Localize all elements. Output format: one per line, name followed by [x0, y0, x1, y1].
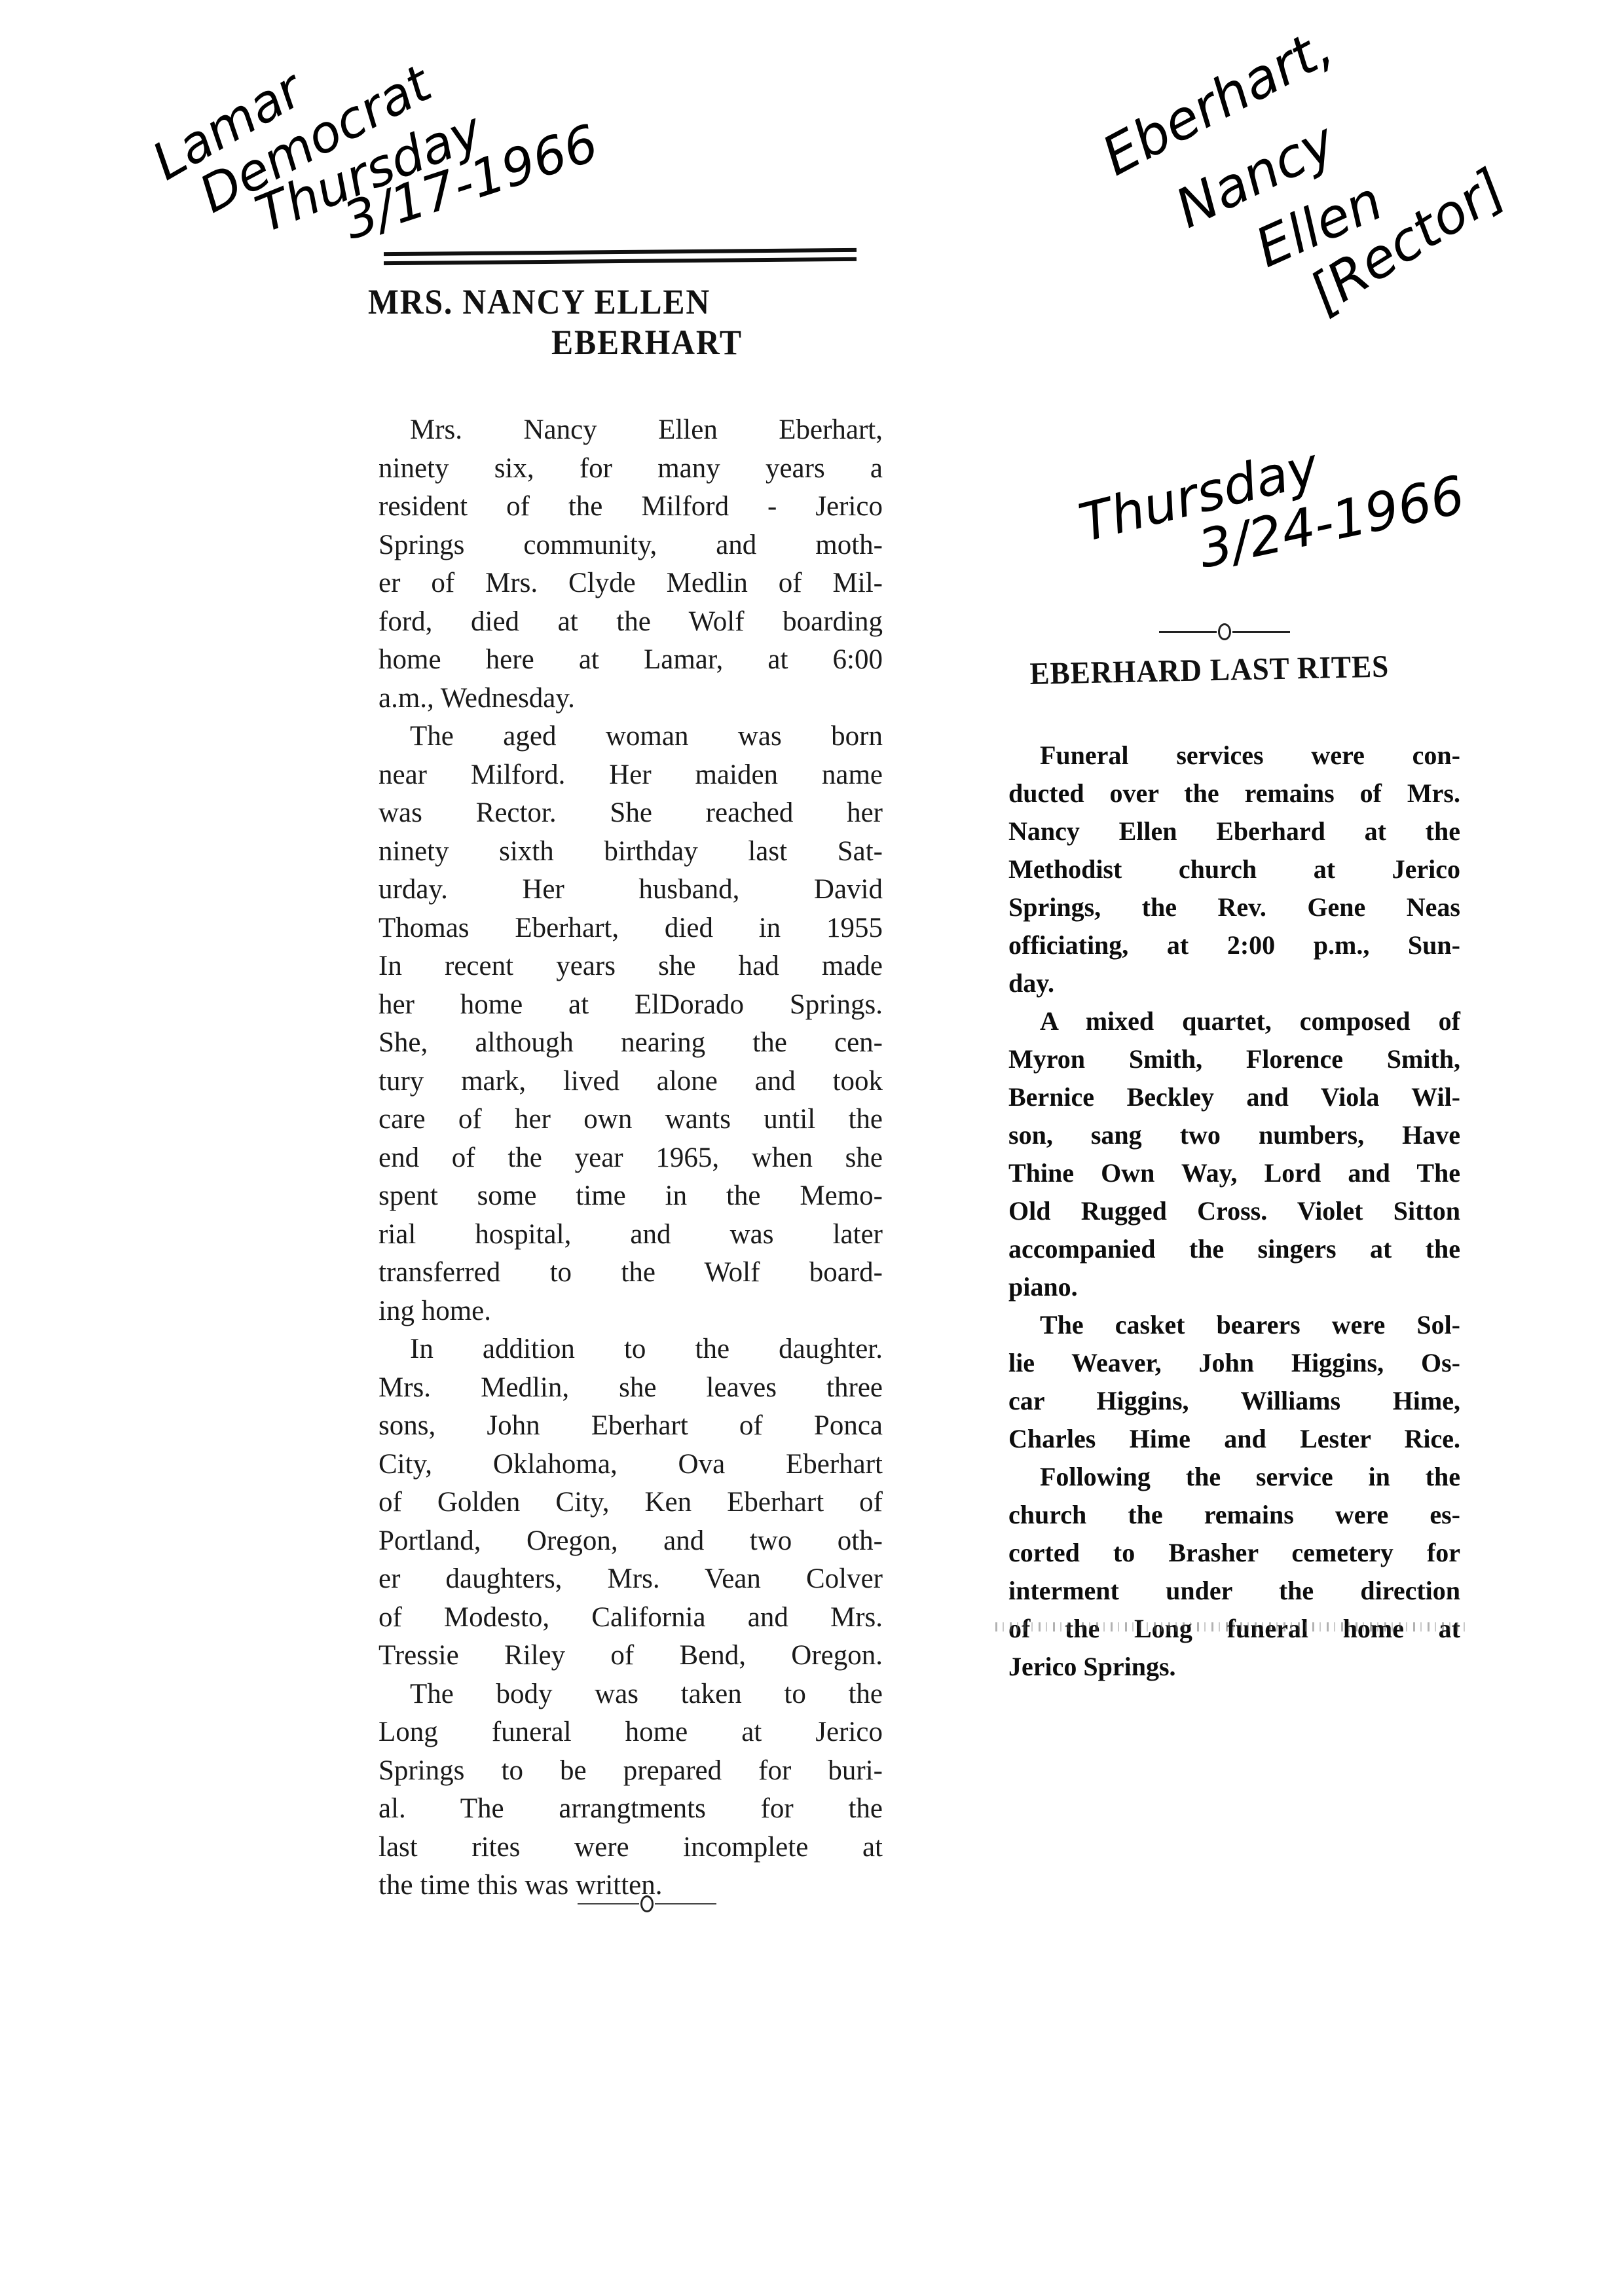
- text-line: urday. Her husband, David: [378, 871, 883, 909]
- text-line: resident of the Milford - Jerico: [378, 488, 883, 526]
- text-line: accompanied the singers at the: [1008, 1230, 1460, 1268]
- divider-bar: [578, 1903, 639, 1904]
- text-line: lie Weaver, John Higgins, Os-: [1008, 1344, 1460, 1382]
- text-line: Springs, the Rev. Gene Neas: [1008, 888, 1460, 926]
- text-line: day.: [1008, 964, 1460, 1002]
- text-line: Portland, Oregon, and two oth-: [378, 1522, 883, 1561]
- text-line: er daughters, Mrs. Vean Colver: [378, 1560, 883, 1599]
- divider-bar: [1159, 631, 1217, 633]
- text-line: piano.: [1008, 1268, 1460, 1306]
- text-line: Methodist church at Jerico: [1008, 850, 1460, 888]
- divider-bar: [655, 1903, 716, 1904]
- text-line: corted to Brasher cemetery for: [1008, 1534, 1460, 1572]
- handwritten-name-note: Eberhart, Nancy Ellen [Rector]: [1113, 26, 1572, 327]
- section-divider: [1159, 623, 1290, 640]
- divider-circle-icon: [640, 1895, 654, 1912]
- handwritten-source-note: Lamar Democrat Thursday 3/17-1966: [157, 39, 616, 255]
- article1-headline-line2: EBERHART: [551, 322, 743, 363]
- text-line: her home at ElDorado Springs.: [378, 986, 883, 1025]
- text-line: Springs community, and moth-: [378, 526, 883, 565]
- text-line: ing home.: [378, 1292, 883, 1331]
- text-line: sons, John Eberhart of Ponca: [378, 1407, 883, 1446]
- text-line: tury mark, lived alone and took: [378, 1063, 883, 1101]
- text-line: Long funeral home at Jerico: [378, 1713, 883, 1752]
- text-line: Bernice Beckley and Viola Wil-: [1008, 1078, 1460, 1116]
- clipping-edge-noise: [995, 1622, 1467, 1631]
- text-line: al. The arrangtments for the: [378, 1790, 883, 1829]
- text-line: home here at Lamar, at 6:00: [378, 641, 883, 680]
- text-line: City, Oklahoma, Ova Eberhart: [378, 1446, 883, 1484]
- text-line: a.m., Wednesday.: [378, 680, 883, 718]
- text-line: er of Mrs. Clyde Medlin of Mil-: [378, 564, 883, 603]
- text-line: The body was taken to the: [378, 1675, 883, 1714]
- text-line: In addition to the daughter.: [378, 1330, 883, 1369]
- text-line: Thine Own Way, Lord and The: [1008, 1154, 1460, 1192]
- text-line: A mixed quartet, composed of: [1008, 1002, 1460, 1040]
- headline-double-rule: [384, 250, 857, 268]
- text-line: rial hospital, and was later: [378, 1216, 883, 1254]
- divider-circle-icon: [1218, 623, 1231, 640]
- text-line: Springs to be prepared for buri-: [378, 1752, 883, 1791]
- text-line: was Rector. She reached her: [378, 794, 883, 833]
- text-line: ninety six, for many years a: [378, 450, 883, 488]
- text-line: officiating, at 2:00 p.m., Sun-: [1008, 926, 1460, 964]
- article2-headline: EBERHARD LAST RITES: [1029, 649, 1390, 692]
- text-line: of Modesto, California and Mrs.: [378, 1599, 883, 1637]
- text-line: interment under the direction: [1008, 1572, 1460, 1610]
- text-line: care of her own wants until the: [378, 1101, 883, 1139]
- text-line: Jerico Springs.: [1008, 1648, 1460, 1686]
- text-line: spent some time in the Memo-: [378, 1177, 883, 1216]
- text-line: Thomas Eberhart, died in 1955: [378, 909, 883, 948]
- text-line: church the remains were es-: [1008, 1496, 1460, 1534]
- text-line: ducted over the remains of Mrs.: [1008, 774, 1460, 812]
- text-line: ninety sixth birthday last Sat-: [378, 833, 883, 871]
- handwritten-date-note: Thursday 3/24-1966: [1074, 452, 1467, 583]
- divider-bar: [1232, 631, 1290, 633]
- text-line: The aged woman was born: [378, 718, 883, 756]
- article2-body: Funeral services were con-ducted over th…: [1008, 737, 1460, 1686]
- text-line: The casket bearers were Sol-: [1008, 1306, 1460, 1344]
- text-line: near Milford. Her maiden name: [378, 756, 883, 795]
- text-line: Tressie Riley of Bend, Oregon.: [378, 1637, 883, 1675]
- text-line: In recent years she had made: [378, 947, 883, 986]
- article1-headline-line1: MRS. NANCY ELLEN: [368, 282, 710, 322]
- text-line: Following the service in the: [1008, 1458, 1460, 1496]
- text-line: transferred to the Wolf board-: [378, 1254, 883, 1292]
- text-line: of Golden City, Ken Eberhart of: [378, 1484, 883, 1522]
- text-line: Mrs. Medlin, she leaves three: [378, 1369, 883, 1408]
- text-line: She, although nearing the cen-: [378, 1024, 883, 1063]
- text-line: Mrs. Nancy Ellen Eberhart,: [378, 411, 883, 450]
- text-line: end of the year 1965, when she: [378, 1139, 883, 1178]
- end-divider: [578, 1895, 716, 1912]
- text-line: last rites were incomplete at: [378, 1829, 883, 1867]
- text-line: Old Rugged Cross. Violet Sitton: [1008, 1192, 1460, 1230]
- rule-line: [384, 257, 857, 265]
- article1-body: Mrs. Nancy Ellen Eberhart,ninety six, fo…: [378, 411, 883, 1905]
- text-line: ford, died at the Wolf boarding: [378, 603, 883, 642]
- text-line: Myron Smith, Florence Smith,: [1008, 1040, 1460, 1078]
- text-line: Charles Hime and Lester Rice.: [1008, 1420, 1460, 1458]
- text-line: son, sang two numbers, Have: [1008, 1116, 1460, 1154]
- text-line: Funeral services were con-: [1008, 737, 1460, 774]
- text-line: Nancy Ellen Eberhard at the: [1008, 812, 1460, 850]
- text-line: car Higgins, Williams Hime,: [1008, 1382, 1460, 1420]
